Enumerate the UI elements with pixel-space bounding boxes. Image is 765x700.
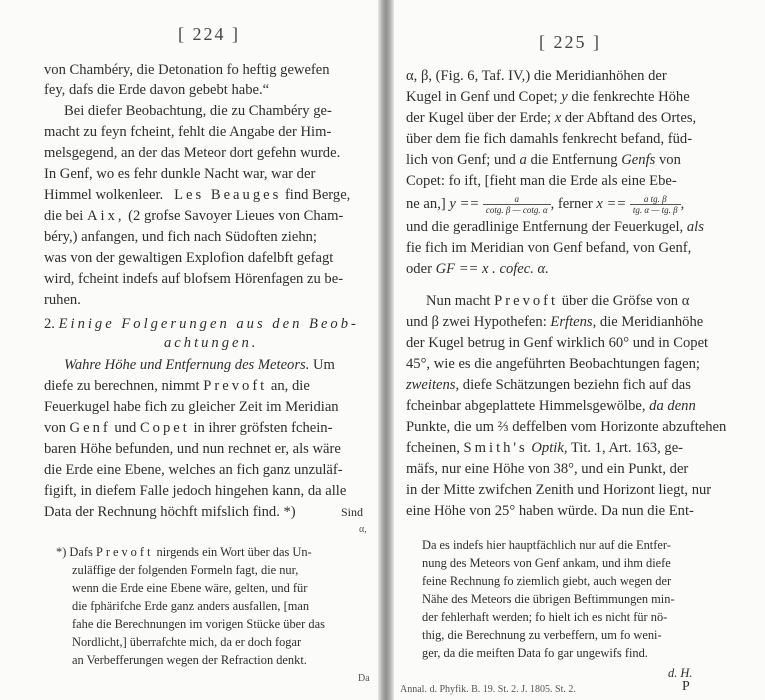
emphasis: Erftens, <box>550 314 596 330</box>
text-span: die Meridianhöhe <box>600 314 703 330</box>
book-title: Optik, <box>531 440 567 456</box>
emphasis: zweitens, <box>406 377 459 393</box>
text-span: der Kugel über der Erde; <box>406 110 551 126</box>
text-span: über die Gröfse von α <box>562 293 690 309</box>
text-span: (2 grofse Savoyer Lieues von Cham- <box>128 208 343 224</box>
text-line: zweitens, diefe Schätzungen beziehn fich… <box>406 376 691 394</box>
text-line: und β zwei Hypothefen: Erftens, die Meri… <box>406 313 703 331</box>
footnote-line: Da es indefs hier hauptfächlich nur auf … <box>422 537 671 553</box>
emphasis: da denn <box>649 398 696 414</box>
spaced-name: Prevoft <box>203 378 267 394</box>
footnote-line: Nordlicht,] überrafchte mich, da er doch… <box>72 634 301 650</box>
text-span: und β zwei Hypothefen: <box>406 314 547 330</box>
text-span: der Abftand des Ortes, <box>565 110 696 126</box>
text-span: oder <box>406 261 432 277</box>
text-line: ruhen. <box>44 291 81 309</box>
section-title: Einige Folgerungen aus den Beob- <box>59 316 359 332</box>
text-line: der Kugel betrug in Genf wirklich 60° un… <box>406 334 708 352</box>
spaced-name: Les Beauges <box>174 187 281 203</box>
footnote-line: thig, die Berechnung zu verbeffern, um f… <box>422 627 662 643</box>
text-line: Feuerkugel habe fich zu gleicher Zeit im… <box>44 398 339 416</box>
text-line: die Erde eine Ebene, welches an fich gan… <box>44 461 343 479</box>
text-span: , <box>681 196 685 212</box>
footnote-line: feine Rechnung fo ziemlich giebt, auch w… <box>422 573 671 589</box>
spaced-name: Smith's <box>464 440 528 456</box>
text-line: was von der gewaltigen Explofion dafelbf… <box>44 249 333 267</box>
text-span: find Berge, <box>285 187 350 203</box>
text-line: fey, dafs die Erde davon gebebt habe.“ <box>44 81 269 99</box>
text-span: Nun macht <box>426 293 490 309</box>
text-span: diefe Schätzungen beziehn fich auf das <box>463 377 691 393</box>
text-line: fcheinen, Smith's Optik, Tit. 1, Art. 16… <box>406 439 683 457</box>
footnote-line: *) Dafs Prevoft nirgends ein Wort über d… <box>56 544 312 560</box>
text-span: Genfs <box>621 152 655 168</box>
text-line: béry,) anfangen, und fich nach Südoften … <box>44 228 317 246</box>
text-span: als <box>687 219 704 235</box>
fraction-numerator: a tg. β <box>630 194 681 205</box>
text-span: Tit. 1, Art. 163, ge- <box>571 440 683 456</box>
footnote-line: zuläffige der folgenden Formeln fagt, di… <box>72 562 298 578</box>
text-line: fie fich im Meridian von Genf befand, vo… <box>406 239 691 257</box>
text-line: und die geradlinige Entfernung der Feuer… <box>406 218 704 236</box>
text-span: die Entfernung <box>530 152 617 168</box>
text-span: von <box>659 152 681 168</box>
math-var: y <box>561 89 567 105</box>
formula-line: ne an,] y == a cotg. β — cotg. α , ferne… <box>406 192 684 216</box>
text-line: melsgegend, an der das Meteor dort gefeh… <box>44 144 340 162</box>
text-span: Um <box>313 357 335 373</box>
footnote-line: an Verbefferungen wegen der Refraction d… <box>72 652 307 668</box>
text-line: mäfs, nur eine Höhe von 38°, und ein Pun… <box>406 460 688 478</box>
text-span: der <box>670 461 689 477</box>
text-span: die bei <box>44 208 83 224</box>
spaced-name: Copet <box>140 420 190 436</box>
footnote-line: die fphärifche Erde ganz anders ausfalle… <box>72 598 309 614</box>
fraction-numerator: a <box>483 194 551 205</box>
footnote-line: ger, da die meiften Data fo gar ungewifs… <box>422 645 648 661</box>
math-var: x <box>555 110 561 126</box>
text-line: fcheinbar abgeplattete Himmelsgewölbe, d… <box>406 397 696 415</box>
text-span: Kugel in Genf und Copet; <box>406 89 558 105</box>
text-line: Punkte, die um ⅔ deffelben vom Horizonte… <box>406 418 726 436</box>
page-number: [ 224 ] <box>178 24 240 45</box>
footnote-line: wenn die Erde eine Ebene wäre, gelten, u… <box>72 580 307 596</box>
text-line: α, β, (Fig. 6, Taf. IV,) die Meridianhöh… <box>406 67 667 85</box>
text-line: figift, in diefem Falle jedoch hingehen … <box>44 482 346 500</box>
text-span: lich von Genf; und <box>406 152 516 168</box>
text-line: 45°, wie es die angeführten Beobachtunge… <box>406 355 700 373</box>
text-line: diefe zu berechnen, nimmt Prevoft an, di… <box>44 377 310 395</box>
text-span: Himmel wolkenleer. <box>44 187 163 203</box>
text-line: wird, fcheint indefs auf blofsem Hörenfa… <box>44 270 343 288</box>
footnote-catchword: Da <box>358 670 370 688</box>
text-line: Himmel wolkenleer. Les Beauges find Berg… <box>44 186 350 204</box>
signature-mark: P <box>682 678 690 696</box>
text-line: über dem fie fich damahls fenkrecht befa… <box>406 130 692 148</box>
fraction-denominator: tg. α — tg. β <box>630 205 681 215</box>
text-line: Copet: fo ift, [fieht man die Erde als e… <box>406 172 677 190</box>
formula-lhs: x == <box>596 196 626 212</box>
text-line: Data der Rechnung höchft mifslich find. … <box>44 503 296 521</box>
text-span: und die geradlinige Entfernung der Feuer… <box>406 219 683 235</box>
page-number: [ 225 ] <box>539 32 601 53</box>
text-line: macht zu feyn fcheint, fehlt die Angabe … <box>44 123 331 141</box>
subheading: Wahre Höhe und Entfernung des Meteors. <box>64 357 309 373</box>
text-line: der Kugel über der Erde; x der Abftand d… <box>406 109 696 127</box>
signature-line: Annal. d. Phyfik. B. 19. St. 2. J. 1805.… <box>400 681 576 699</box>
section-number: 2. <box>44 316 55 332</box>
text-line: lich von Genf; und a die Entfernung Genf… <box>406 151 681 169</box>
catch-text: Sind <box>341 503 363 521</box>
text-span: an, die <box>271 378 310 394</box>
text-span: und <box>114 420 136 436</box>
text-line: oder GF == x . cofec. α. <box>406 260 549 278</box>
text-span: , ferner <box>551 196 593 212</box>
fraction: a cotg. β — cotg. α <box>483 194 551 215</box>
text-span: in ihrer gröfsten fchein- <box>193 420 332 436</box>
math-var: a <box>520 152 527 168</box>
text-span: mäfs, nur eine Höhe von 38°, und ein Pun… <box>406 461 666 477</box>
right-page: [ 225 ] α, β, (Fig. 6, Taf. IV,) die Mer… <box>392 0 765 700</box>
spaced-name: Aix, <box>87 208 125 224</box>
text-line: In Genf, wo es fehr dunkle Nacht war, wa… <box>44 165 315 183</box>
text-line: Nun macht Prevoft über die Gröfse von α <box>426 292 689 310</box>
spaced-name: Prevoft <box>96 545 153 559</box>
text-line: Kugel in Genf und Copet; y die fenkrecht… <box>406 88 690 106</box>
footnote-line: fahe die Berechnungen im vorigen Stücke … <box>72 616 325 632</box>
fraction: a tg. β tg. α — tg. β <box>630 194 681 215</box>
left-page: [ 224 ] von Chambéry, die Detonation fo … <box>0 0 380 700</box>
spaced-name: Prevoft <box>494 293 558 309</box>
footnote-line: der fehlerhaft werden; fo hielt ich es n… <box>422 609 667 625</box>
text-line: Wahre Höhe und Entfernung des Meteors. U… <box>64 356 335 374</box>
text-line: in der Mitte zwifchen Zenith und Horizon… <box>406 481 711 499</box>
text-line: von Chambéry, die Detonation fo heftig g… <box>44 61 330 79</box>
section-heading-cont: achtungen. <box>164 334 258 352</box>
text-span: von <box>44 420 66 436</box>
section-heading: 2. Einige Folgerungen aus den Beob- <box>44 315 359 333</box>
text-span: die fenkrechte Höhe <box>571 89 689 105</box>
fraction-denominator: cotg. β — cotg. α <box>483 205 551 215</box>
formula: GF == x . cofec. α. <box>436 261 549 277</box>
footnote-line: Nähe des Meteors die übrigen Beftimmunge… <box>422 591 675 607</box>
text-line: Bei diefer Beobachtung, die zu Chambéry … <box>64 102 332 120</box>
spaced-name: Genf <box>70 420 111 436</box>
text-line: die bei Aix, (2 grofse Savoyer Lieues vo… <box>44 207 343 225</box>
text-span: ne an,] <box>406 196 446 212</box>
text-span: fcheinbar abgeplattete Himmelsgewölbe, <box>406 398 646 414</box>
text-span: diefe zu berechnen, nimmt <box>44 378 200 394</box>
footnote-line: nung des Meteors von Genf ankam, und ihm… <box>422 555 671 571</box>
text-line: eine Höhe von 25° haben würde. Da nun di… <box>406 502 694 520</box>
text-span: nirgends ein Wort über das Un- <box>157 545 312 559</box>
catchword: α, <box>359 521 367 539</box>
text-line: baren Höhe befunden, und nun rechnet er,… <box>44 440 341 458</box>
formula-lhs: y == <box>449 196 479 212</box>
text-span: fcheinen, <box>406 440 460 456</box>
text-span: *) Dafs <box>56 545 93 559</box>
text-line: von Genf und Copet in ihrer gröfsten fch… <box>44 419 332 437</box>
